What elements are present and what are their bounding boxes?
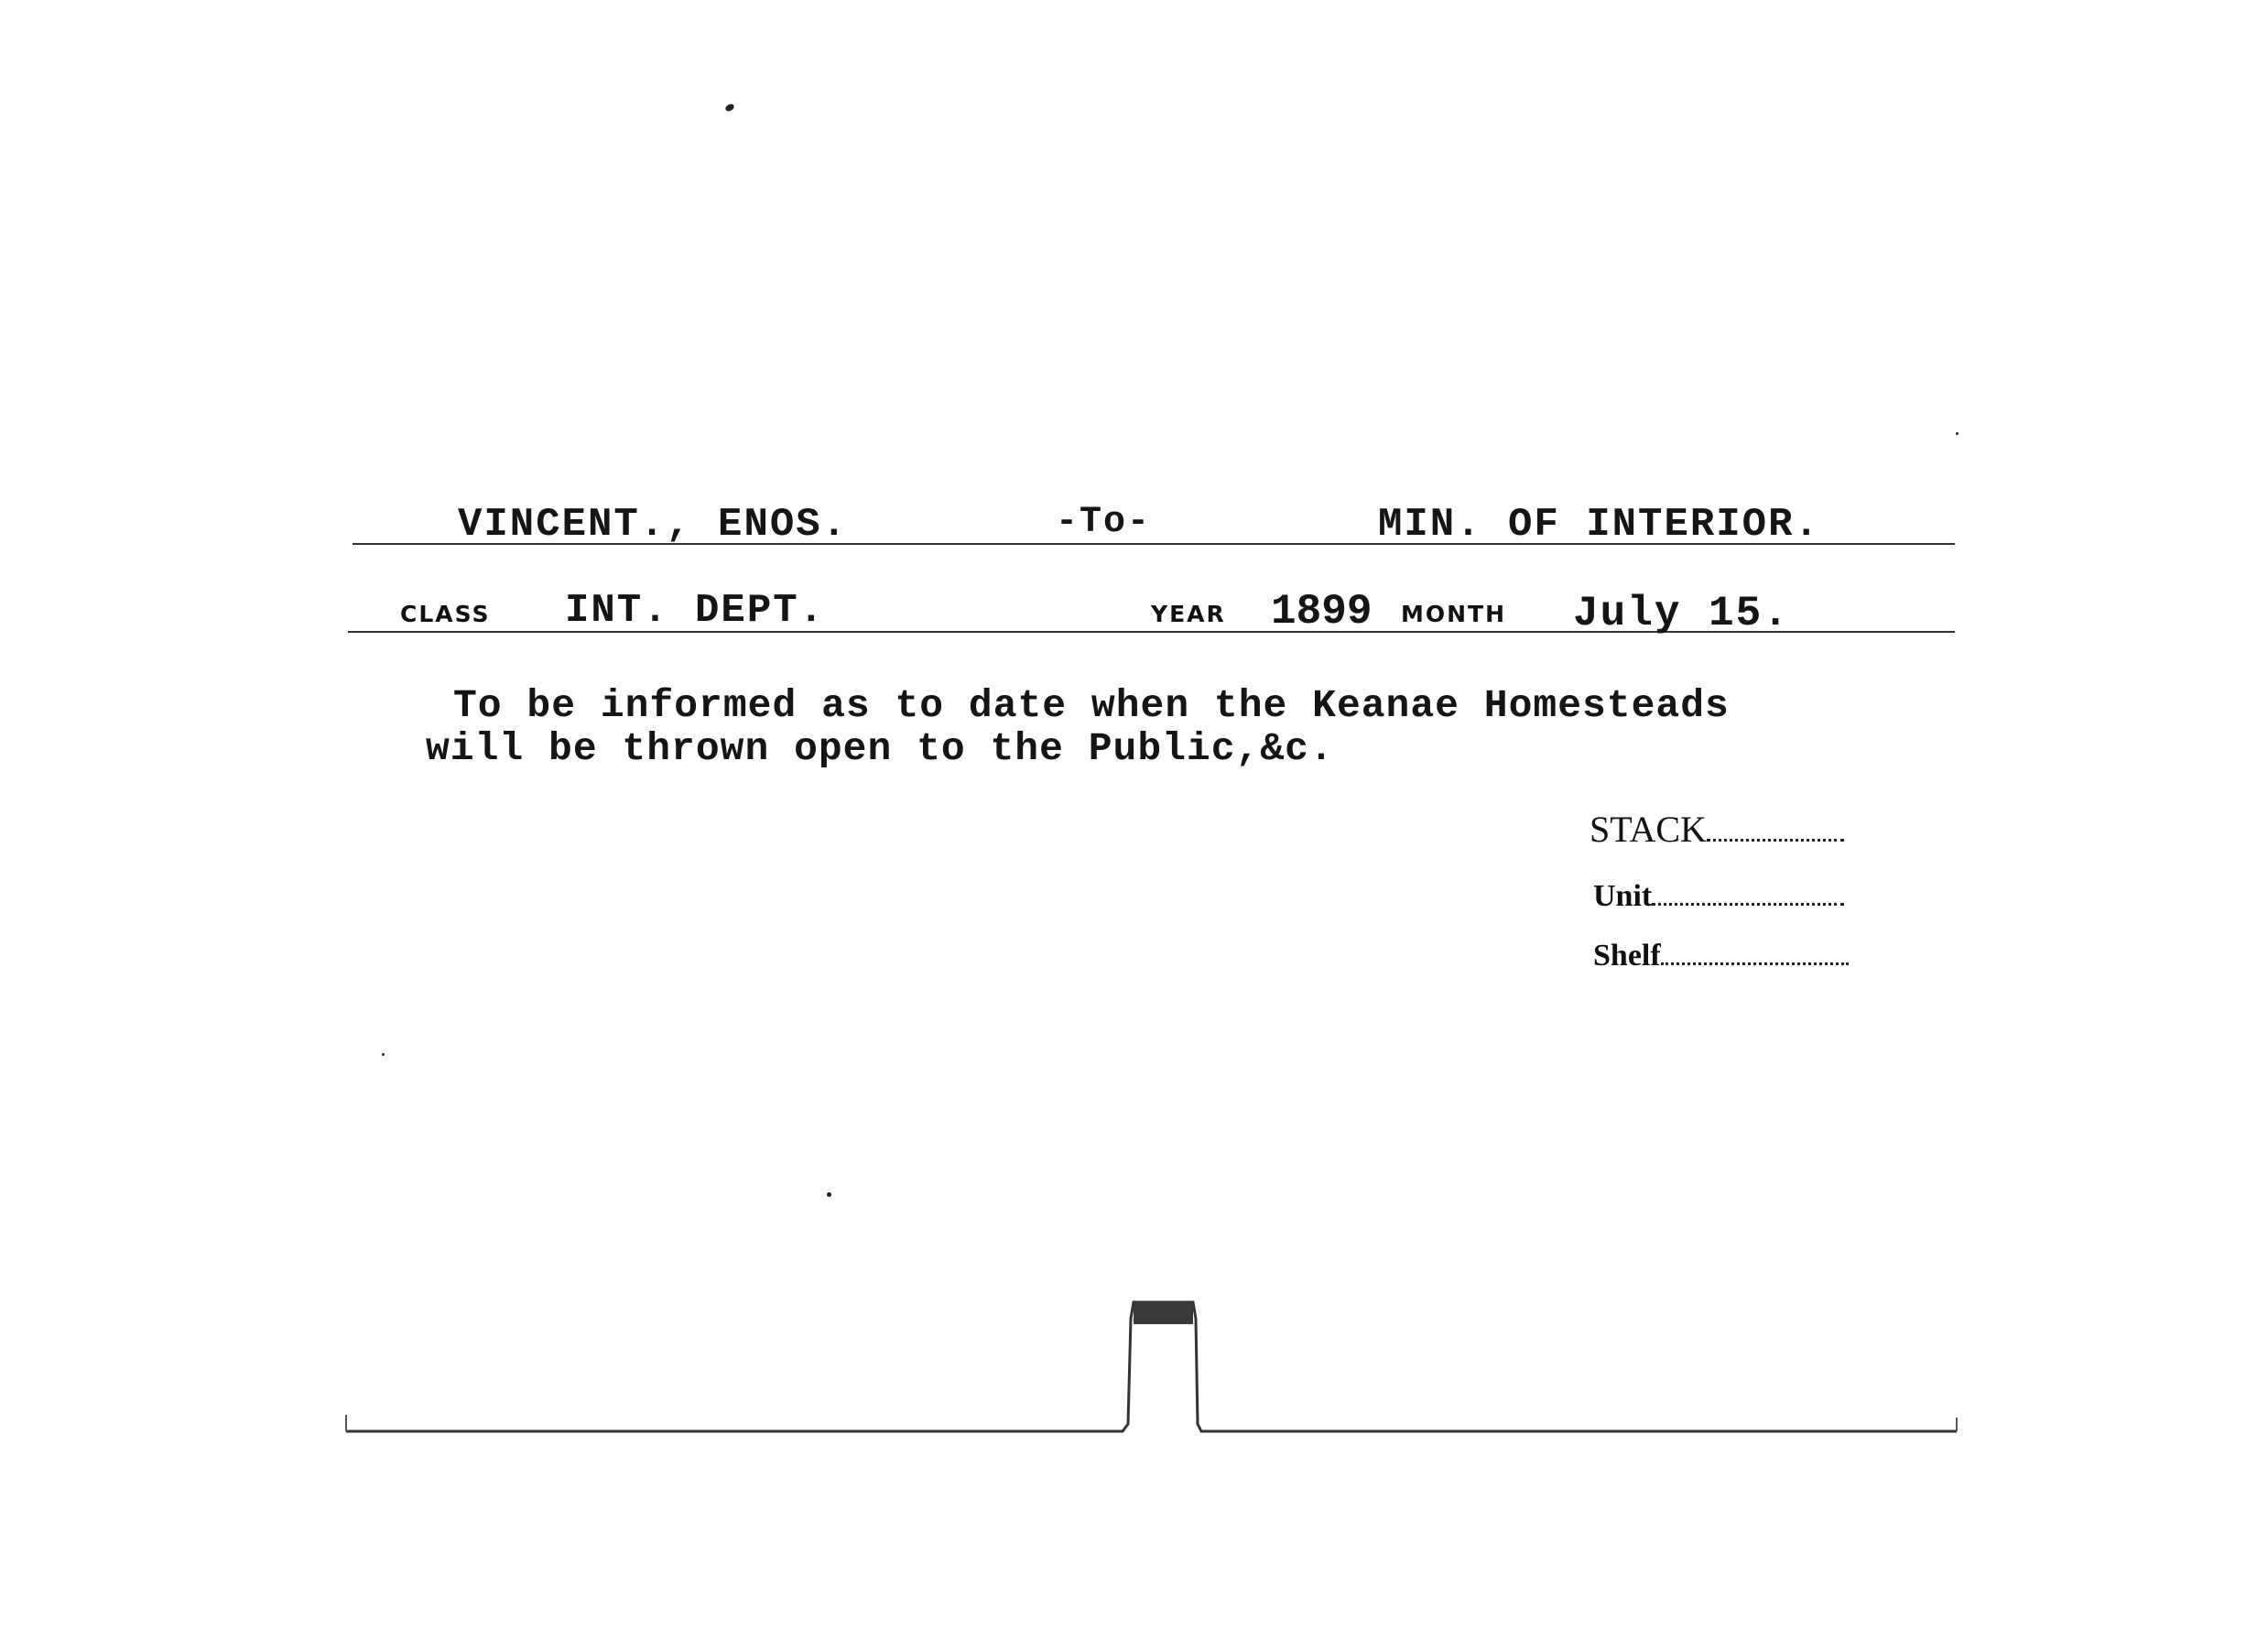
card-edge-outline: [0, 0, 2257, 1652]
